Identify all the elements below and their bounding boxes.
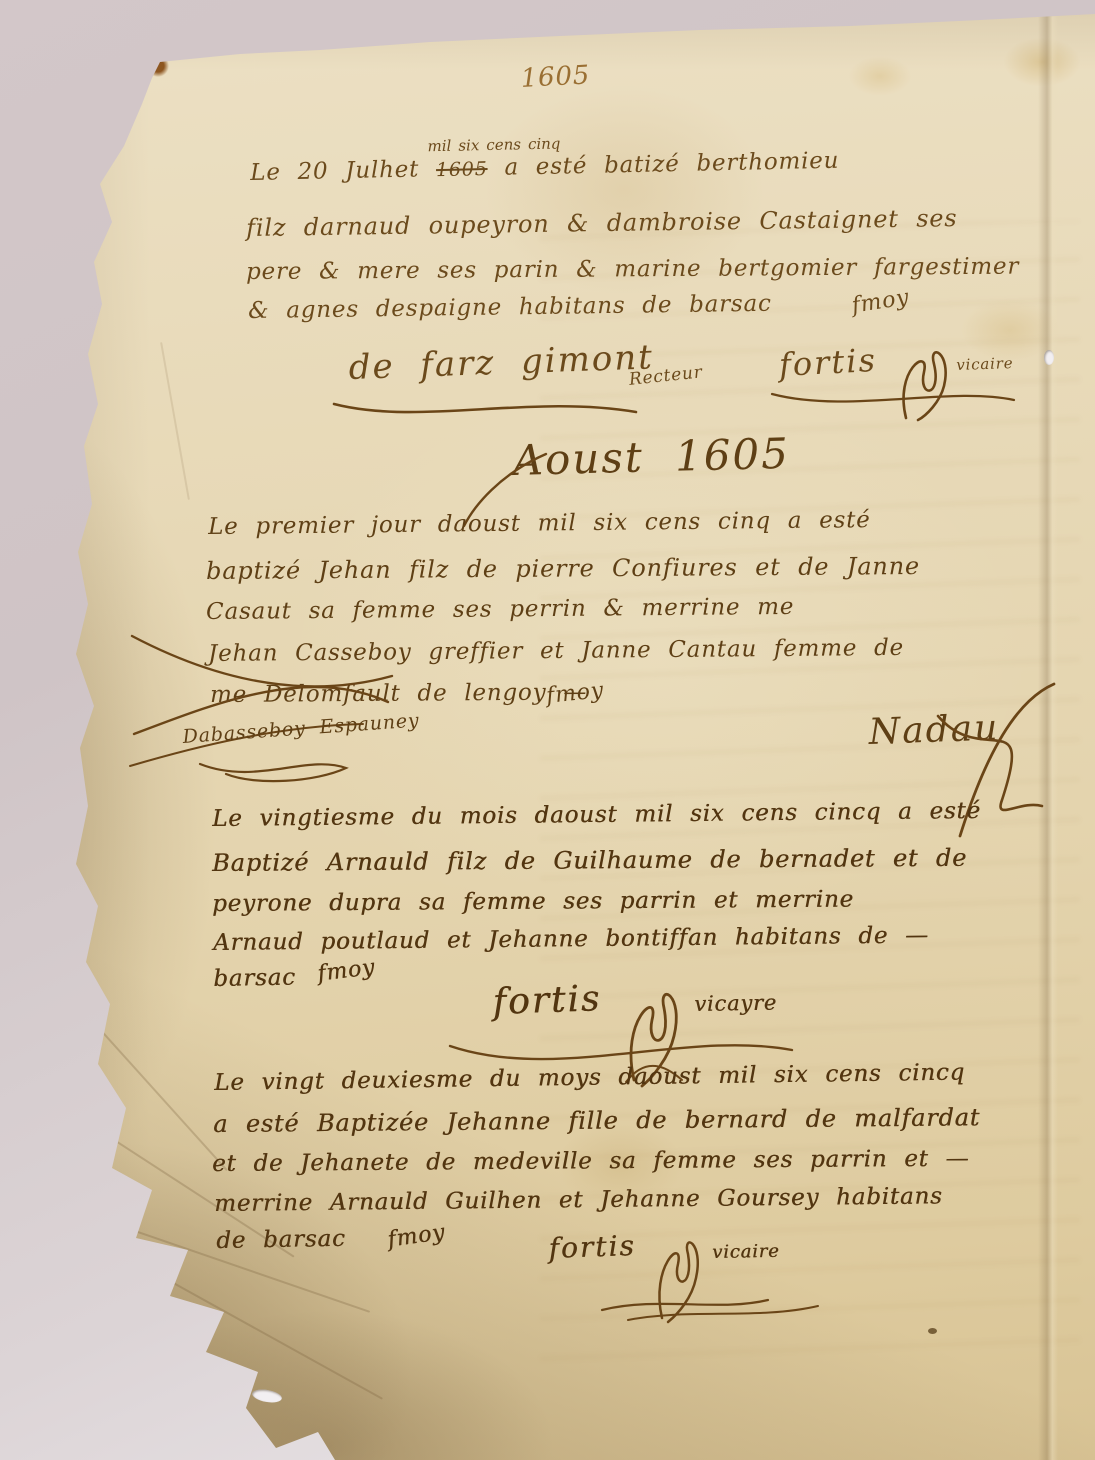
paraph-flourish (896, 340, 954, 424)
signature-clerk-title: Espauney (319, 709, 420, 738)
entry2-line1: Le premier jour daoust mil six cens cinq… (208, 507, 871, 540)
signature-vicar-name: fortis (778, 341, 878, 384)
signature-nadau-name: Nadau (868, 707, 1000, 753)
section-heading: Aoust 1605 (512, 429, 790, 485)
signature-underline-flourish (330, 392, 640, 426)
fold-crease (1038, 0, 1058, 1460)
entry3-line5: barsac (213, 965, 296, 992)
entry4-line5: de barsac (216, 1226, 346, 1254)
signature-vicar-title: vicaire (712, 1241, 780, 1263)
entry1-line4: & agnes despaigne habitans de barsac (248, 291, 772, 324)
manuscript-page: 1605 Le 20 Julhet mil six cens cinq 1605… (0, 0, 1095, 1460)
entry1-line2: filz darnaud oupeyron & dambroise Castai… (246, 204, 958, 242)
entry4-end-mark: fmoy (386, 1220, 447, 1253)
wrinkle-line (92, 1021, 227, 1171)
entry2-line2: baptizé Jehan filz de pierre Confiures e… (206, 552, 920, 585)
signature-rector-name: de farz gimont (348, 337, 654, 388)
paper-hole (1044, 350, 1054, 365)
signature-underline-flourish (768, 386, 1018, 416)
signature-clerk-name: Dabasseboy (182, 717, 306, 748)
wrinkle-line (160, 342, 190, 500)
entry1-line1-pre: Le 20 Julhet (250, 156, 419, 186)
signature-vicar-name: fortis (548, 1229, 636, 1265)
entry1-line3: pere & mere ses parin & marine bertgomie… (246, 254, 1019, 285)
signature-underline-flourish (598, 1286, 898, 1322)
paraph-flourish (196, 752, 396, 788)
wrinkle-line (137, 1262, 383, 1399)
entry3-line3: peyrone dupra sa femme ses parrin et mer… (212, 887, 854, 917)
entry4-line4: merrine Arnauld Guilhen et Jehanne Gours… (214, 1183, 943, 1217)
entry2-line4: Jehan Casseboy greffier et Janne Cantau … (208, 635, 904, 667)
signature-vicar-title: vicayre (694, 991, 777, 1016)
entry4-line1: Le vingt deuxiesme du moys daoust mil si… (214, 1060, 965, 1096)
entry3-end-mark: fmoy (316, 955, 377, 987)
signature-clerk: Dabasseboy Espauney (182, 709, 420, 747)
entry1-interline-wrap: mil six cens cinq 1605 (436, 155, 488, 182)
ink-speck (928, 1328, 937, 1334)
signature-vicar-name: fortis (492, 978, 602, 1023)
entry3-line2: Baptizé Arnauld filz de Guilhaume de ber… (212, 844, 967, 877)
entry3-line4: Arnaud poutlaud et Jehanne bontiffan hab… (213, 923, 929, 956)
signature-vicar-title: vicaire (956, 354, 1014, 374)
entry2-line3: Casaut sa femme ses perrin & merrine me (206, 594, 794, 625)
entry4-line3: et de Jehanete de medeville sa femme ses… (212, 1146, 969, 1177)
entry1-end-mark: fmoy (850, 285, 911, 319)
year-heading: 1605 (520, 60, 591, 94)
entry4-line2: a esté Baptizée Jehanne fille de bernard… (213, 1103, 980, 1138)
paper-hole (251, 1387, 283, 1404)
paraph-flourish (652, 1230, 704, 1326)
paper-hole (77, 1257, 106, 1279)
entry1-line1: Le 20 Julhet mil six cens cinq 1605 a es… (250, 148, 840, 186)
entry2-line5: me Delomfault de lengoy — (210, 679, 587, 708)
entry1-struck-year: 1605 (436, 158, 488, 181)
entry2-end-mark: fmoy (545, 678, 605, 709)
entry1-interline-text: mil six cens cinq (427, 134, 560, 155)
photo-backdrop: 1605 Le 20 Julhet mil six cens cinq 1605… (0, 0, 1095, 1460)
entry3-line1: Le vingtiesme du mois daoust mil six cen… (212, 798, 981, 832)
paper-hole (117, 1362, 153, 1384)
